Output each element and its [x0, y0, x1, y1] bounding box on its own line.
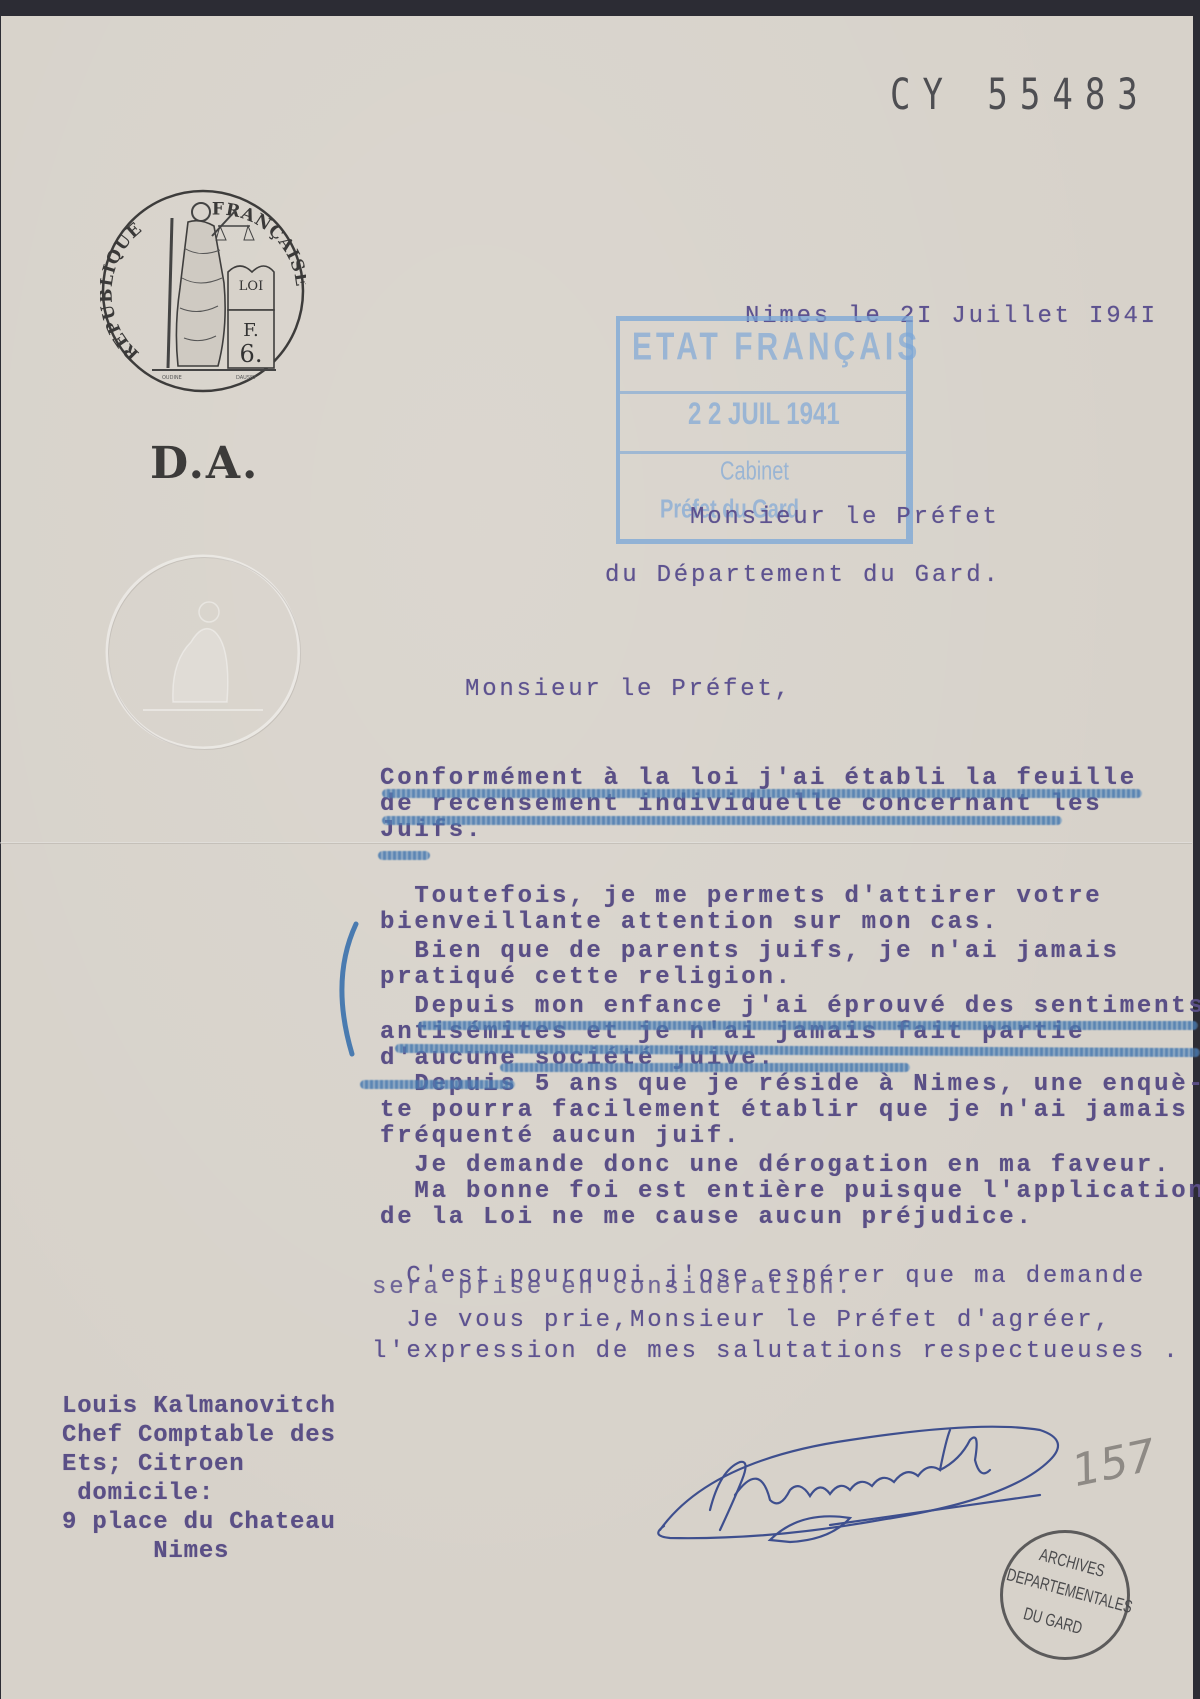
overstruck-line-b: sera prise en considération. — [372, 1275, 854, 1301]
republique-francaise-seal-icon: REPUBLIQUE FRANÇAISE LOI F. 6. OUDINE DA… — [100, 188, 306, 394]
archives-departementales-stamp: ARCHIVES DEPARTEMENTALES DU GARD — [1000, 1530, 1130, 1660]
body-line: bienveillante attention sur mon cas. — [380, 910, 1200, 936]
blue-pencil-bracket-icon — [326, 920, 366, 1060]
closing-line: Je vous prie,Monsieur le Préfet d'agréer… — [372, 1305, 1181, 1336]
body-line: Depuis mon enfance j'ai éprouvé des sent… — [380, 994, 1200, 1020]
seal-tablet-text: LOI — [239, 279, 263, 294]
sender-title: Chef Comptable des — [62, 1421, 336, 1450]
blue-pencil-underline — [360, 1080, 515, 1089]
salutation: Monsieur le Préfet, — [465, 677, 792, 703]
recipient-line-1: Monsieur le Préfet — [690, 505, 1000, 531]
body-line: Ma bonne foi est entière puisque l'appli… — [380, 1179, 1200, 1205]
seal-ring-left: REPUBLIQUE — [100, 219, 146, 364]
body-line: Bien que de parents juifs, je n'ai jamai… — [380, 939, 1200, 965]
reference-number: CY 55483 — [890, 70, 1150, 120]
sender-city: Nimes — [62, 1537, 336, 1566]
body-line: pratiqué cette religion. — [380, 965, 1200, 991]
blue-pencil-underline — [418, 1021, 1198, 1030]
seal-value-top: F. — [243, 320, 258, 341]
sender-address: 9 place du Chateau — [62, 1508, 336, 1537]
closing: Je vous prie,Monsieur le Préfet d'agréer… — [372, 1305, 1181, 1367]
embossed-seal-icon — [103, 552, 303, 752]
body-line: fréquenté aucun juif. — [380, 1124, 1200, 1150]
blue-pencil-underline — [378, 851, 430, 860]
stamp-date: 2 2 JUIL 1941 — [688, 397, 840, 433]
sender-company: Ets; Citroen — [62, 1450, 336, 1479]
stamp-cabinet: Cabinet — [720, 458, 789, 488]
closing-line: l'expression de mes salutations respectu… — [372, 1336, 1181, 1367]
letterhead-initials: D.A. — [150, 438, 259, 489]
blue-pencil-underline — [500, 1063, 910, 1072]
paper-fold-crease — [0, 842, 1192, 844]
sender-domicile-label: domicile: — [62, 1479, 336, 1508]
body-line: te pourra facilement établir que je n'ai… — [380, 1098, 1200, 1124]
body-line: de la Loi ne me cause aucun préjudice. — [380, 1205, 1200, 1231]
sender-block: Louis Kalmanovitch Chef Comptable des Et… — [62, 1392, 336, 1566]
body-line: Toutefois, je me permets d'attirer votre — [380, 884, 1200, 910]
seal-engraver-right: DAUSSY — [236, 375, 257, 381]
sender-name: Louis Kalmanovitch — [62, 1392, 336, 1421]
paragraph-1: Conformément à la loi j'ai établi la feu… — [380, 766, 1137, 844]
blue-pencil-underline — [382, 789, 1142, 798]
recipient-line-2: du Département du Gard. — [605, 563, 1001, 589]
handwritten-signature-icon — [650, 1400, 1090, 1550]
body-line: Je demande donc une dérogation en ma fav… — [380, 1153, 1200, 1179]
blue-pencil-underline — [382, 816, 1062, 825]
svg-text:REPUBLIQUE: REPUBLIQUE — [100, 219, 146, 364]
stamp-etat-francais: ETAT FRANÇAIS — [632, 326, 921, 370]
paragraph-2: Toutefois, je me permets d'attirer votre… — [380, 884, 1200, 1231]
seal-engraver-left: OUDINE — [162, 375, 182, 381]
seal-value-bottom: 6. — [240, 340, 263, 368]
archive-stamp-line-3: DU GARD — [1021, 1603, 1084, 1638]
